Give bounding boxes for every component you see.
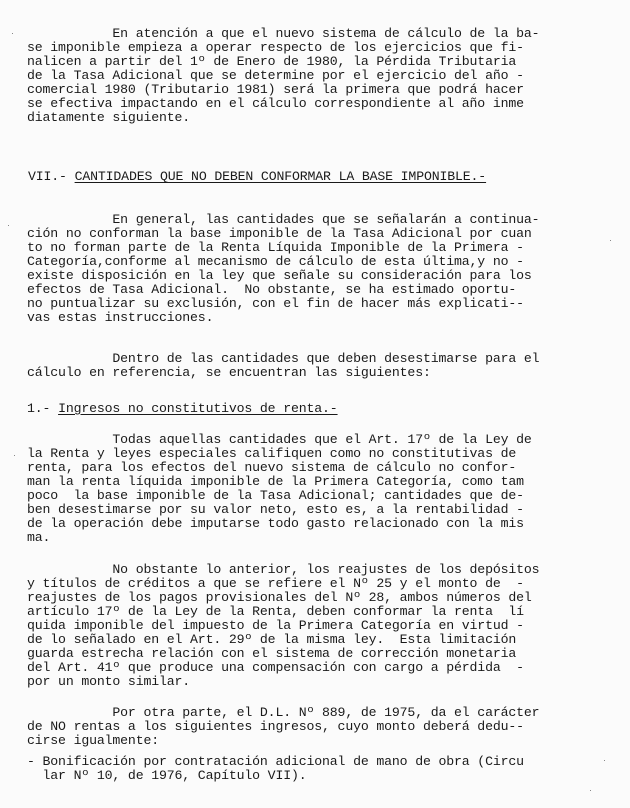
text-line: del Art. 41º que produce una compensació… [27, 661, 524, 675]
text-line: vas estas instrucciones. [27, 311, 213, 325]
text-line: de NO rentas a los siguientes ingresos, … [27, 720, 524, 734]
text-line: de la Tasa Adicional que se determine po… [27, 69, 524, 83]
text-line: ben desestimarse por su valor neto, esto… [27, 503, 524, 517]
text-line: efectos de Tasa Adicional. No obstante, … [27, 283, 516, 297]
text-line: no puntualizar su exclusión, con el fin … [27, 297, 524, 311]
text-line: se imponible empieza a operar respecto d… [27, 41, 524, 55]
scanned-document-page: En atención a que el nuevo sistema de cá… [0, 0, 630, 808]
subsection-number: 1.- [27, 401, 58, 416]
text-line: de lo señalado en el Art. 29º de la mism… [27, 633, 516, 647]
text-line: se efectiva impactando en el cálculo cor… [27, 97, 524, 111]
text-line: Dentro de las cantidades que deben deses… [27, 352, 539, 366]
scan-speck [14, 455, 15, 456]
text-line: En general, las cantidades que se señala… [27, 213, 539, 227]
text-line: No obstante lo anterior, los reajustes d… [27, 563, 539, 577]
text-line: quida imponible del impuesto de la Prime… [27, 619, 524, 633]
text-line: En atención a que el nuevo sistema de cá… [27, 27, 539, 41]
subsection-heading-1: 1.- Ingresos no constitutivos de renta.- [27, 402, 338, 416]
text-line: existe disposición en la ley que señale … [27, 269, 532, 283]
scan-speck [12, 33, 13, 34]
text-line: nalicen a partir del 1º de Enero de 1980… [27, 55, 516, 69]
text-line: la Renta y leyes especiales califiquen c… [27, 447, 516, 461]
text-line: lar Nº 10, de 1976, Capítulo VII). [27, 769, 307, 783]
section-number: VII.- [28, 169, 75, 184]
text-line: Por otra parte, el D.L. Nº 889, de 1975,… [27, 706, 539, 720]
text-line: por un monto similar. [27, 675, 190, 689]
text-line: Todas aquellas cantidades que el Art. 17… [27, 433, 532, 447]
text-line: cálculo en referencia, se encuentran las… [27, 366, 431, 380]
text-line: ción no conforman la base imponible de l… [27, 227, 532, 241]
scan-speck [8, 225, 9, 226]
text-line: to no forman parte de la Renta Líquida I… [27, 241, 524, 255]
text-line: poco la base imponible de la Tasa Adicio… [27, 489, 524, 503]
text-line: renta, para los efectos del nuevo sistem… [27, 461, 516, 475]
text-line: artículo 17º de la Ley de la Renta, debe… [27, 605, 524, 619]
text-line: cirse igualmente: [27, 734, 159, 748]
text-line: man la renta líquida imponible de la Pri… [27, 475, 524, 489]
text-line: diatamente siguiente. [27, 111, 190, 125]
scan-speck [590, 790, 591, 791]
text-line: - Bonificación por contratación adiciona… [27, 755, 524, 769]
subsection-title: Ingresos no constitutivos de renta.- [58, 401, 338, 416]
text-line: ma. [27, 531, 50, 545]
text-line: reajustes de los pagos provisionales del… [27, 591, 532, 605]
section-heading-vii: VII.- CANTIDADES QUE NO DEBEN CONFORMAR … [28, 170, 486, 184]
scan-speck [604, 760, 605, 761]
text-line: guarda estrecha relación con el sistema … [27, 647, 516, 661]
text-line: y títulos de créditos a que se refiere e… [27, 577, 524, 591]
text-line: Categoría,conforme al mecanismo de cálcu… [27, 255, 524, 269]
section-title: CANTIDADES QUE NO DEBEN CONFORMAR LA BAS… [75, 169, 486, 184]
text-line: comercial 1980 (Tributario 1981) será la… [27, 83, 524, 97]
text-line: de la operación debe imputarse todo gast… [27, 517, 524, 531]
scan-speck [610, 240, 611, 241]
